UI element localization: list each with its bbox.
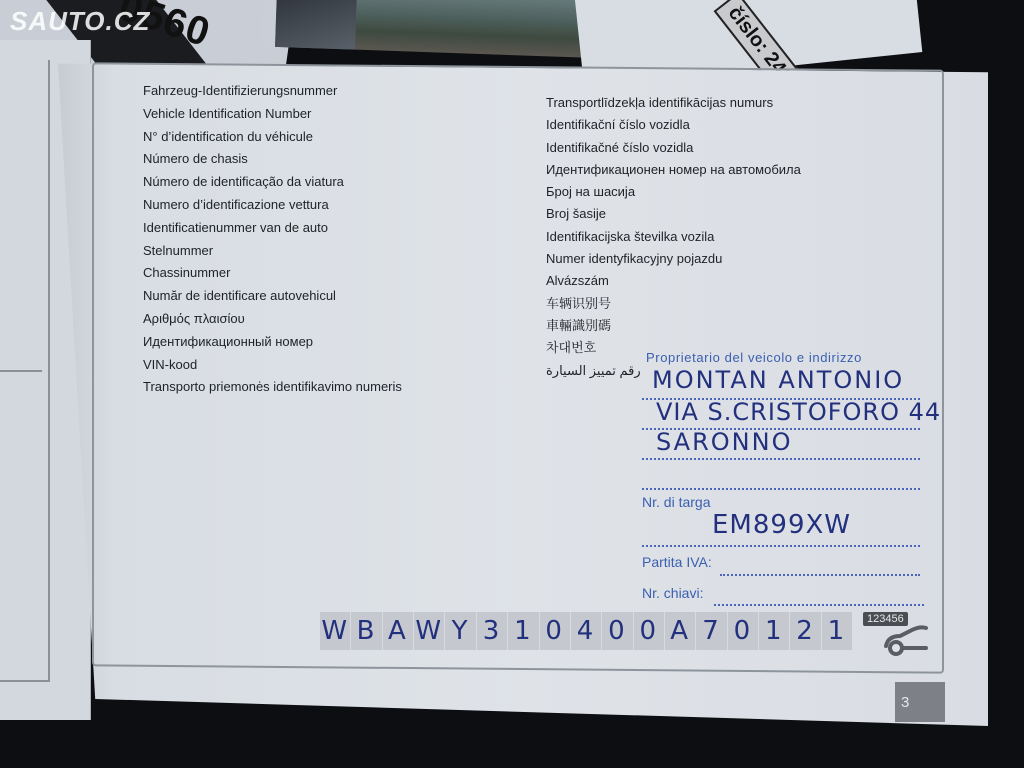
vin-character: A	[665, 612, 696, 650]
vin-label: Identifikačné číslo vozidla	[546, 137, 801, 159]
vin-character: 3	[477, 612, 508, 650]
vin-character: 0	[728, 612, 759, 650]
keys-label: Nr. chiavi:	[642, 585, 703, 601]
vin-label: Идентификационный номер	[143, 331, 402, 354]
vat-label: Partita IVA:	[642, 554, 712, 570]
vin-label: Transporto priemonės identifikavimo nume…	[143, 376, 402, 399]
vin-character: 4	[571, 612, 602, 650]
keys-line	[714, 604, 924, 606]
owner-label: Proprietario del veicolo e indirizzo	[646, 350, 862, 365]
vin-character: W	[414, 612, 445, 650]
vehicle-key-icon	[882, 624, 930, 660]
vin-character: 0	[540, 612, 571, 650]
vin-label: Transportlīdzekļa identifikācijas numurs	[546, 92, 801, 114]
vin-character: 0	[602, 612, 633, 650]
vin-label: Fahrzeug-Identifizierungsnummer	[143, 80, 402, 103]
page-number: 3	[895, 682, 945, 722]
left-page-divider	[0, 370, 42, 372]
vin-label: Identificatienummer van de auto	[143, 217, 402, 240]
plate-value: EM899XW	[712, 510, 851, 540]
vin-label: Numero d’identificazione vettura	[143, 194, 402, 217]
vin-label: Broj šasije	[546, 203, 801, 225]
vin-character: 1	[508, 612, 539, 650]
vin-labels-right: Transportlīdzekļa identifikācijas numurs…	[546, 92, 801, 382]
vin-character: Y	[445, 612, 476, 650]
vin-label: 车辆识别号	[546, 293, 801, 315]
vin-label: Chassinummer	[143, 262, 402, 285]
plate-label: Nr. di targa	[642, 494, 710, 510]
owner-address-line-2: SARONNO	[656, 428, 792, 456]
watermark-logo: SAUTO.CZ	[10, 6, 150, 37]
owner-address-line-1: VIA S.CRISTOFORO 44	[656, 398, 941, 426]
vin-label: Број на шасија	[546, 181, 801, 203]
vin-character: 7	[696, 612, 727, 650]
car-photo-detail	[275, 0, 357, 50]
vin-label: N° d’identification du véhicule	[143, 126, 402, 149]
vin-label: Αριθμός πλαισίου	[143, 308, 402, 331]
owner-name: MONTAN ANTONIO	[652, 366, 904, 394]
owner-line-4	[642, 488, 920, 490]
vin-label: VIN-kood	[143, 354, 402, 377]
vin-labels-left: Fahrzeug-Identifizierungsnummer Vehicle …	[143, 80, 402, 399]
vin-character: 1	[822, 612, 852, 650]
background-photo-car	[261, 0, 587, 58]
vin-label: Vehicle Identification Number	[143, 103, 402, 126]
vin-label: Identifikační číslo vozidla	[546, 114, 801, 136]
vin-character: 1	[759, 612, 790, 650]
vin-label: Stelnummer	[143, 240, 402, 263]
vin-label: Идентификационен номер на автомобила	[546, 159, 801, 181]
owner-line-3	[642, 458, 920, 460]
plate-line	[642, 545, 920, 547]
vin-character: 2	[790, 612, 821, 650]
vin-label: Alvázszám	[546, 270, 801, 292]
vin-character: A	[383, 612, 414, 650]
vin-entry-box: WBAWY310400A70121	[320, 612, 852, 650]
vin-character: B	[351, 612, 382, 650]
vin-label: 車輛識別碼	[546, 315, 801, 337]
vin-label: Numer identyfikacyjny pojazdu	[546, 248, 801, 270]
vat-line	[720, 574, 920, 576]
vin-label: Număr de identificare autovehicul	[143, 285, 402, 308]
vin-character: 0	[634, 612, 665, 650]
vin-label: Número de chasis	[143, 148, 402, 171]
vin-character: W	[320, 612, 351, 650]
vin-label: Identifikacijska številka vozila	[546, 226, 801, 248]
vin-label: Número de identificação da viatura	[143, 171, 402, 194]
